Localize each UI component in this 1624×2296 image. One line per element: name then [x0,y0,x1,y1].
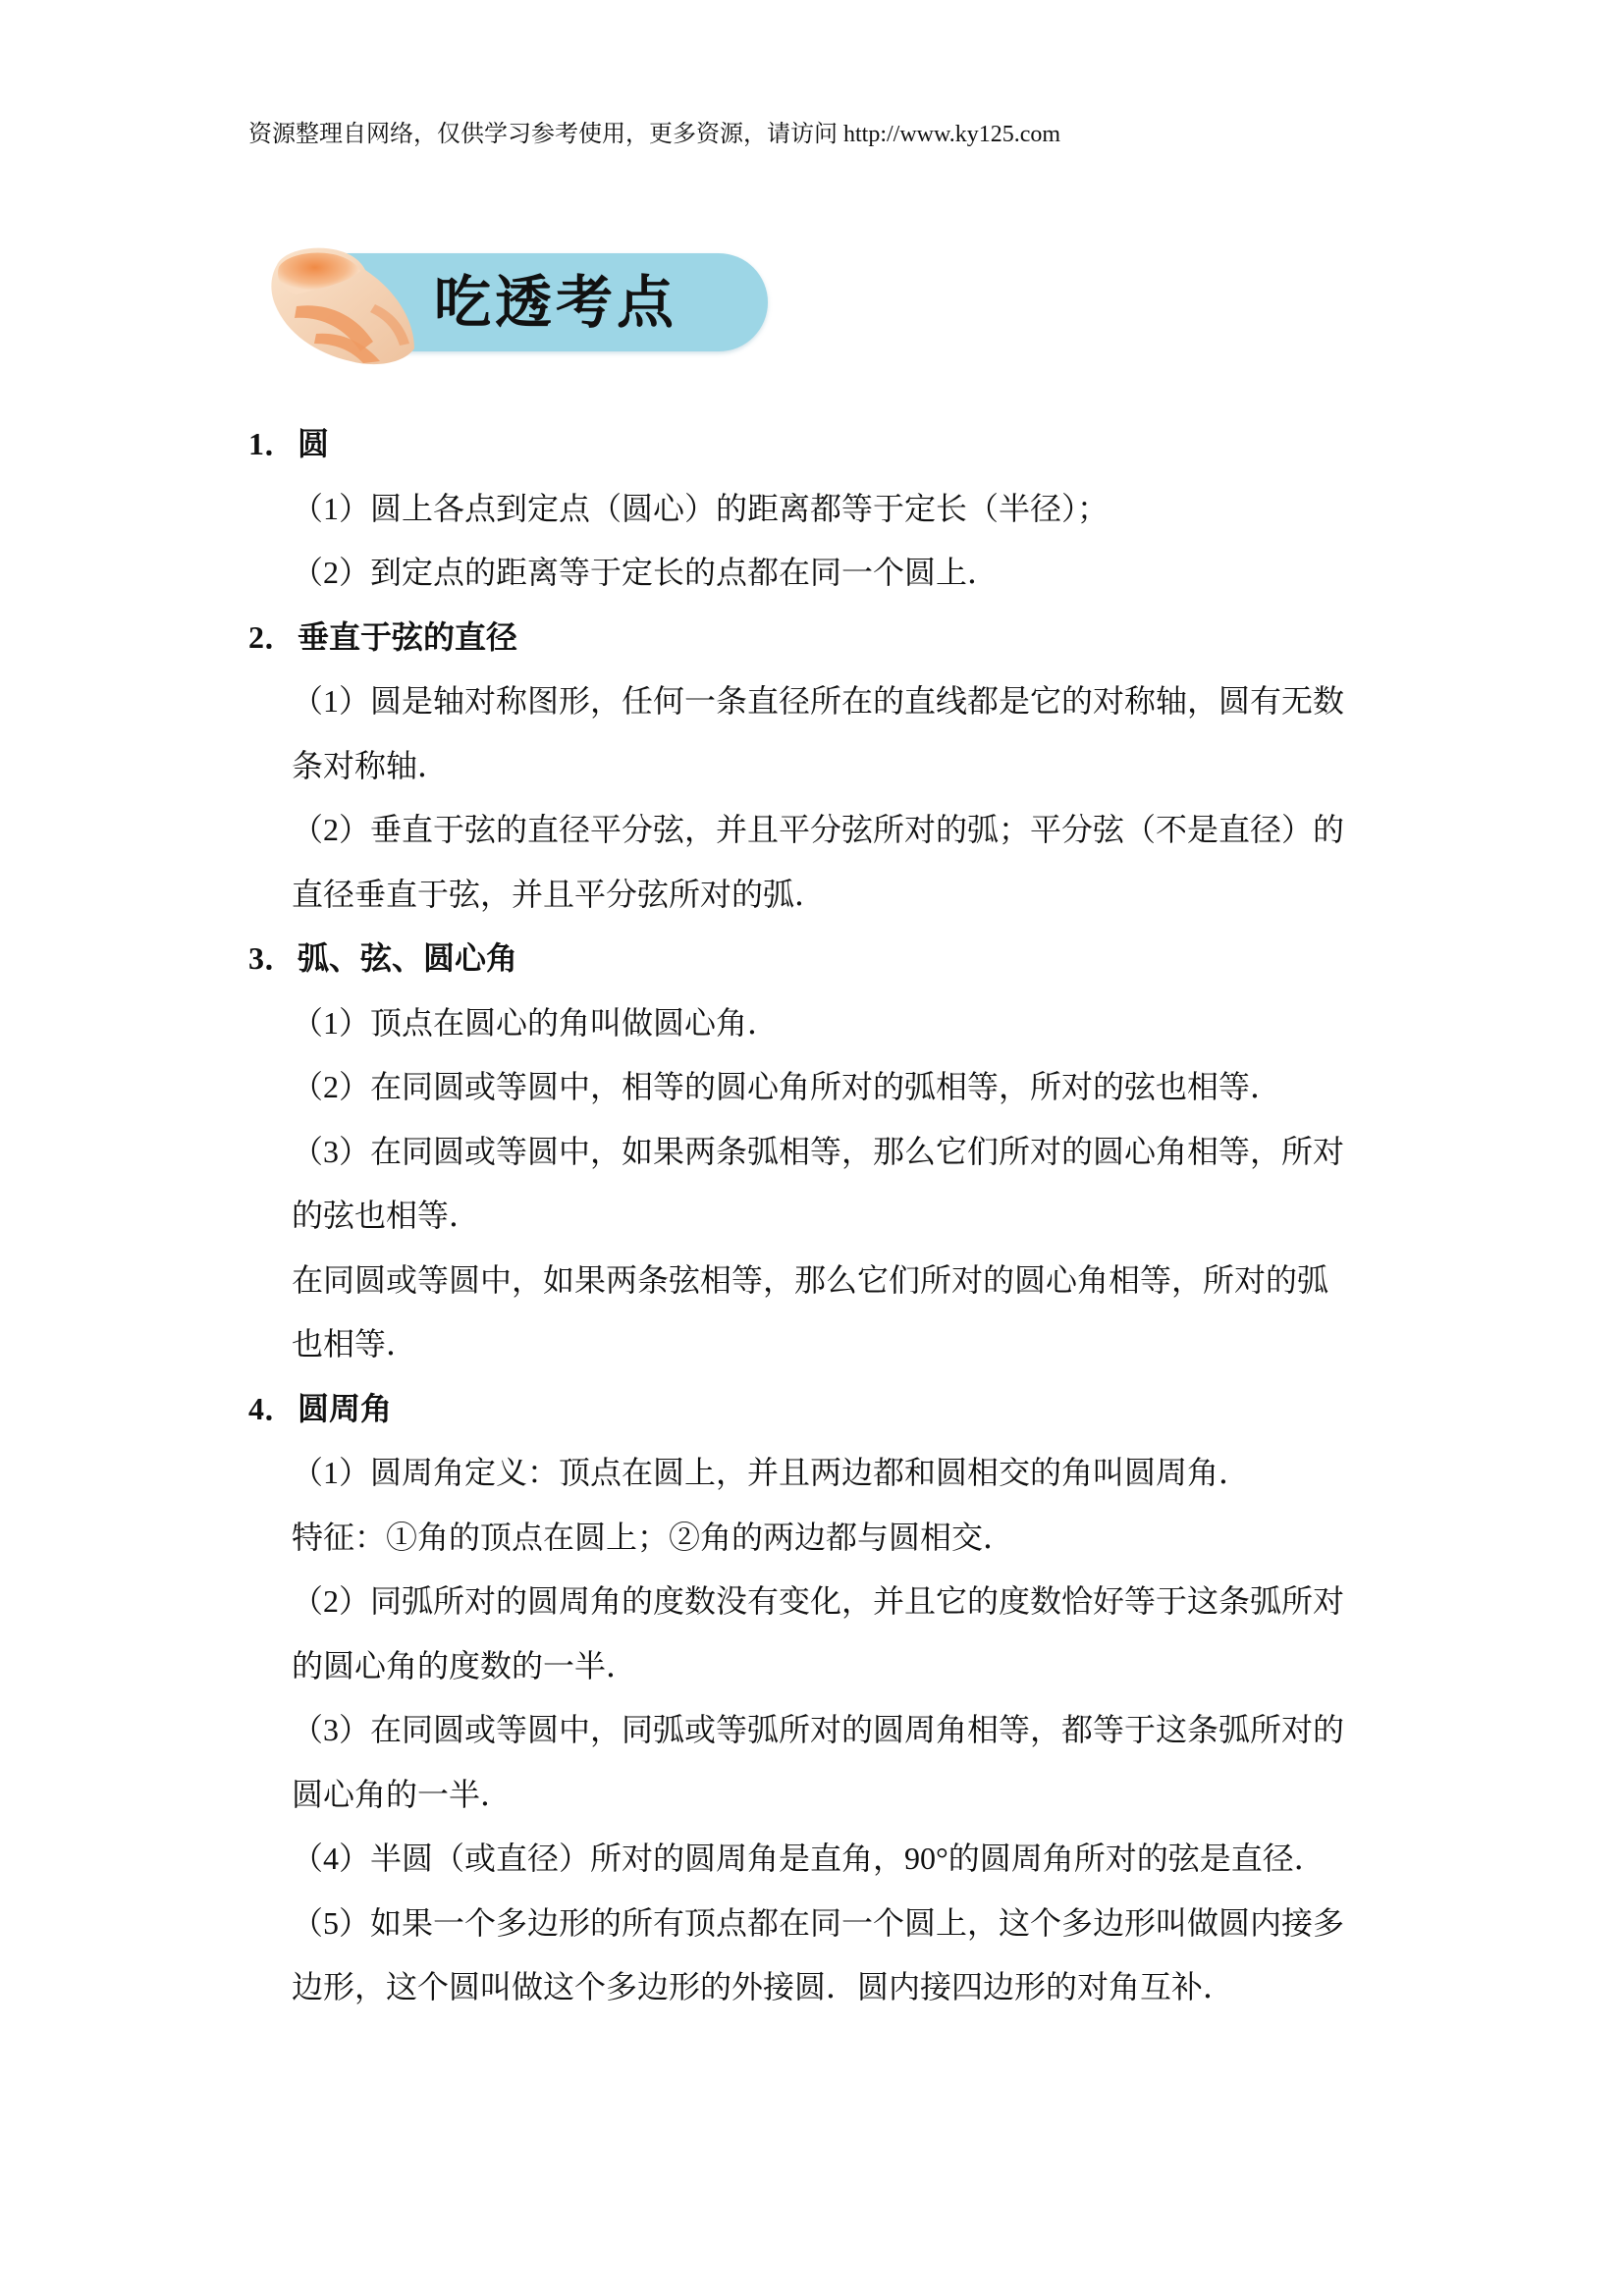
section-number: 3． [248,927,298,991]
text-line: 在同圆或等圆中，如果两条弦相等，那么它们所对的圆心角相等，所对的弧 [292,1249,1397,1313]
text-line: （1）圆周角定义：顶点在圆上，并且两边都和圆相交的角叫圆周角． [292,1441,1397,1506]
text-line: （1）顶点在圆心的角叫做圆心角． [292,991,1397,1056]
text-line: （1）圆是轴对称图形，任何一条直径所在的直线都是它的对称轴，圆有无数 [292,669,1397,734]
text-line: （2）同弧所对的圆周角的度数没有变化，并且它的度数恰好等于这条弧所对 [292,1570,1397,1634]
text-line: 圆心角的一半． [292,1763,1397,1828]
text-line: 特征：①角的顶点在圆上；②角的两边都与圆相交． [292,1506,1397,1571]
text-line: 的圆心角的度数的一半． [292,1634,1397,1699]
paragraph: （1）顶点在圆心的角叫做圆心角． （2）在同圆或等圆中，相等的圆心角所对的弧相等… [248,991,1397,1377]
text-line: 的弦也相等． [292,1184,1397,1249]
text-line: 条对称轴． [292,734,1397,799]
section-title: 弧、弦、圆心角 [298,940,517,976]
paragraph: （1）圆周角定义：顶点在圆上，并且两边都和圆相交的角叫圆周角． 特征：①角的顶点… [248,1441,1397,2020]
header-note: 资源整理自网络，仅供学习参考使用，更多资源，请访问 http://www.ky1… [248,118,1060,151]
section-inscribed-angle: 4．圆周角 （1）圆周角定义：顶点在圆上，并且两边都和圆相交的角叫圆周角． 特征… [248,1377,1397,2020]
text-line: 直径垂直于弦，并且平分弦所对的弧． [292,863,1397,928]
section-heading: 4．圆周角 [248,1377,1397,1442]
text-line: （2）到定点的距离等于定长的点都在同一个圆上． [292,541,1397,606]
section-heading: 3．弧、弦、圆心角 [248,927,1397,991]
section-number: 4． [248,1377,298,1442]
text-line: （3）在同圆或等圆中，如果两条弧相等，那么它们所对的圆心角相等，所对 [292,1120,1397,1185]
section-perpendicular-diameter: 2．垂直于弦的直径 （1）圆是轴对称图形，任何一条直径所在的直线都是它的对称轴，… [248,606,1397,928]
section-arc-chord-central-angle: 3．弧、弦、圆心角 （1）顶点在圆心的角叫做圆心角． （2）在同圆或等圆中，相等… [248,927,1397,1377]
seashell-icon [257,236,424,373]
section-title: 圆周角 [298,1391,392,1426]
text-line: （3）在同圆或等圆中，同弧或等弧所对的圆周角相等，都等于这条弧所对的 [292,1698,1397,1763]
section-banner: 吃透考点 [257,236,778,373]
section-heading: 1．圆 [248,412,1397,477]
banner-title: 吃透考点 [434,267,677,338]
section-title: 圆 [298,426,329,461]
text-line: 也相等． [292,1312,1397,1377]
text-line: （5）如果一个多边形的所有顶点都在同一个圆上，这个多边形叫做圆内接多 [292,1892,1397,1956]
text-line: （2）垂直于弦的直径平分弦，并且平分弦所对的弧；平分弦（不是直径）的 [292,798,1397,863]
section-circle: 1．圆 （1）圆上各点到定点（圆心）的距离都等于定长（半径）； （2）到定点的距… [248,412,1397,606]
paragraph: （1）圆上各点到定点（圆心）的距离都等于定长（半径）； （2）到定点的距离等于定… [248,477,1397,606]
paragraph: （1）圆是轴对称图形，任何一条直径所在的直线都是它的对称轴，圆有无数 条对称轴．… [248,669,1397,927]
section-heading: 2．垂直于弦的直径 [248,606,1397,670]
section-title: 垂直于弦的直径 [298,619,517,655]
section-number: 2． [248,606,298,670]
text-line: （4）半圆（或直径）所对的圆周角是直角，90°的圆周角所对的弦是直径． [292,1827,1397,1892]
section-number: 1． [248,412,298,477]
document-body: 1．圆 （1）圆上各点到定点（圆心）的距离都等于定长（半径）； （2）到定点的距… [248,412,1397,2020]
text-line: （1）圆上各点到定点（圆心）的距离都等于定长（半径）； [292,477,1397,542]
text-line: （2）在同圆或等圆中，相等的圆心角所对的弧相等，所对的弦也相等． [292,1055,1397,1120]
text-line: 边形，这个圆叫做这个多边形的外接圆．圆内接四边形的对角互补． [292,1955,1397,2020]
